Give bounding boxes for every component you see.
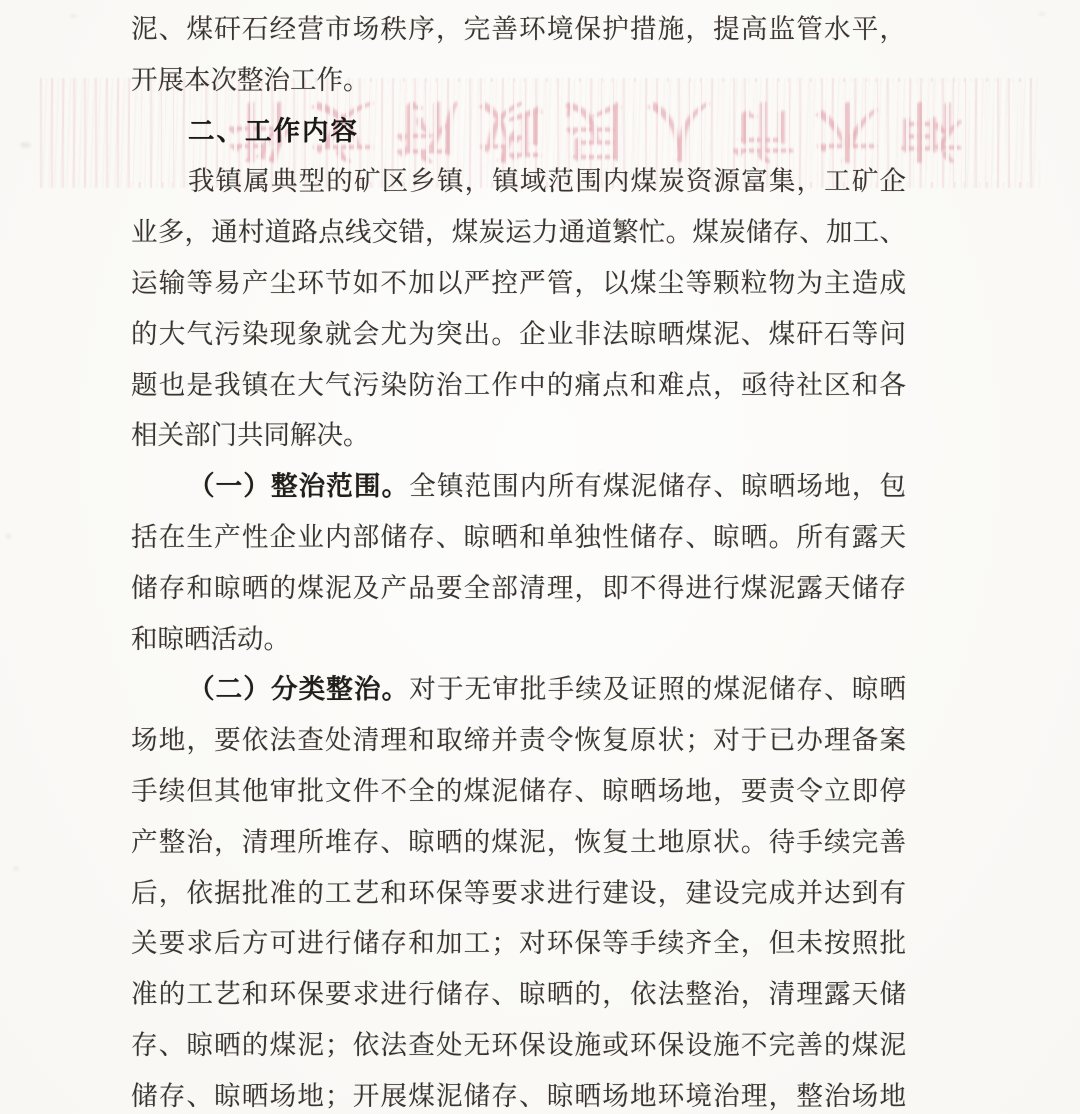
text-line: 场地，要依法查处清理和取缔并责令恢复原状；对于已办理备案	[131, 715, 906, 766]
line-text: 二、工作内容	[188, 116, 359, 146]
text-line: 后，依据批准的工艺和环保等要求进行建设，建设完成并达到有	[131, 868, 906, 919]
line-text: 业多，通村道路点线交错，煤炭运力通道繁忙。煤炭储存、加工、	[131, 217, 906, 247]
text-line: 业多，通村道路点线交错，煤炭运力通道繁忙。煤炭储存、加工、	[131, 207, 906, 258]
line-text: 场地，要依法查处清理和取缔并责令恢复原状；对于已办理备案	[131, 725, 906, 755]
line-text: 后，依据批准的工艺和环保等要求进行建设，建设完成并达到有	[131, 878, 906, 908]
text-line: （一）整治范围。全镇范围内所有煤泥储存、晾晒场地，包	[131, 461, 906, 512]
scan-speck	[6, 534, 11, 539]
text-line: 产整治，清理所堆存、晾晒的煤泥，恢复土地原状。待手续完善	[131, 817, 906, 868]
text-line: 存、晾晒的煤泥；依法查处无环保设施或环保设施不完善的煤泥	[131, 1020, 906, 1071]
text-line: 运输等易产尘环节如不加以严控严管，以煤尘等颗粒物为主造成	[131, 258, 906, 309]
document-body: 泥、煤矸石经营市场秩序，完善环境保护措施，提高监管水平，开展本次整治工作。二、工…	[131, 4, 906, 1114]
scan-speck	[598, 470, 604, 474]
line-text: 我镇属典型的矿区乡镇，镇域范围内煤炭资源富集，工矿企	[188, 166, 906, 196]
bold-lead-in: （二）分类整治。	[188, 674, 409, 704]
line-text: 存、晾晒的煤泥；依法查处无环保设施或环保设施不完善的煤泥	[131, 1030, 906, 1060]
text-line: 准的工艺和环保要求进行储存、晾晒的，依法整治，清理露天储	[131, 969, 906, 1020]
scan-speck	[70, 14, 77, 18]
line-text: 运输等易产尘环节如不加以严控严管，以煤尘等颗粒物为主造成	[131, 268, 906, 298]
text-line: 相关部门共同解决。	[131, 410, 906, 461]
scan-speck	[20, 142, 31, 148]
scan-speck	[13, 866, 19, 871]
text-line: （二）分类整治。对于无审批手续及证照的煤泥储存、晾晒	[131, 664, 906, 715]
text-line: 我镇属典型的矿区乡镇，镇域范围内煤炭资源富集，工矿企	[131, 156, 906, 207]
document-page: 神木市人民政府文件 泥、煤矸石经营市场秩序，完善环境保护措施，提高监管水平，开展…	[0, 0, 1080, 1114]
text-line: 泥、煤矸石经营市场秩序，完善环境保护措施，提高监管水平，	[131, 4, 906, 55]
line-text: 的大气污染现象就会尤为突出。企业非法晾晒煤泥、煤矸石等问	[131, 319, 906, 349]
text-line: 储存和晾晒的煤泥及产品要全部清理，即不得进行煤泥露天储存	[131, 563, 906, 614]
line-text: 产整治，清理所堆存、晾晒的煤泥，恢复土地原状。待手续完善	[131, 827, 906, 857]
text-line: 的大气污染现象就会尤为突出。企业非法晾晒煤泥、煤矸石等问	[131, 309, 906, 360]
line-text: 泥、煤矸石经营市场秩序，完善环境保护措施，提高监管水平，	[131, 14, 906, 44]
text-line: 和晾晒活动。	[131, 614, 906, 665]
text-line: 开展本次整治工作。	[131, 55, 906, 106]
line-text: 储存、晾晒场地；开展煤泥储存、晾晒场地环境治理，整治场地	[131, 1081, 906, 1111]
line-text: 题也是我镇在大气污染防治工作中的痛点和难点，亟待社区和各	[131, 370, 906, 400]
line-text: 手续但其他审批文件不全的煤泥储存、晾晒场地，要责令立即停	[131, 776, 906, 806]
line-text: 括在生产性企业内部储存、晾晒和单独性储存、晾晒。所有露天	[131, 522, 906, 552]
line-text: 对于无审批手续及证照的煤泥储存、晾晒	[409, 674, 906, 704]
line-text: 全镇范围内所有煤泥储存、晾晒场地，包	[409, 471, 906, 501]
line-text: 相关部门共同解决。	[131, 420, 370, 450]
text-line: 题也是我镇在大气污染防治工作中的痛点和难点，亟待社区和各	[131, 360, 906, 411]
line-text: 准的工艺和环保要求进行储存、晾晒的，依法整治，清理露天储	[131, 979, 906, 1009]
section-heading: 二、工作内容	[131, 106, 906, 157]
line-text: 储存和晾晒的煤泥及产品要全部清理，即不得进行煤泥露天储存	[131, 573, 906, 603]
bold-lead-in: （一）整治范围。	[188, 471, 409, 501]
line-text: 和晾晒活动。	[131, 624, 290, 654]
text-line: 关要求后方可进行储存和加工；对环保等手续齐全，但未按照批	[131, 918, 906, 969]
scan-speck	[1038, 12, 1046, 16]
line-text: 开展本次整治工作。	[131, 65, 370, 95]
text-line: 括在生产性企业内部储存、晾晒和单独性储存、晾晒。所有露天	[131, 512, 906, 563]
text-line: 储存、晾晒场地；开展煤泥储存、晾晒场地环境治理，整治场地	[131, 1071, 906, 1114]
line-text: 关要求后方可进行储存和加工；对环保等手续齐全，但未按照批	[131, 928, 906, 958]
text-line: 手续但其他审批文件不全的煤泥储存、晾晒场地，要责令立即停	[131, 766, 906, 817]
